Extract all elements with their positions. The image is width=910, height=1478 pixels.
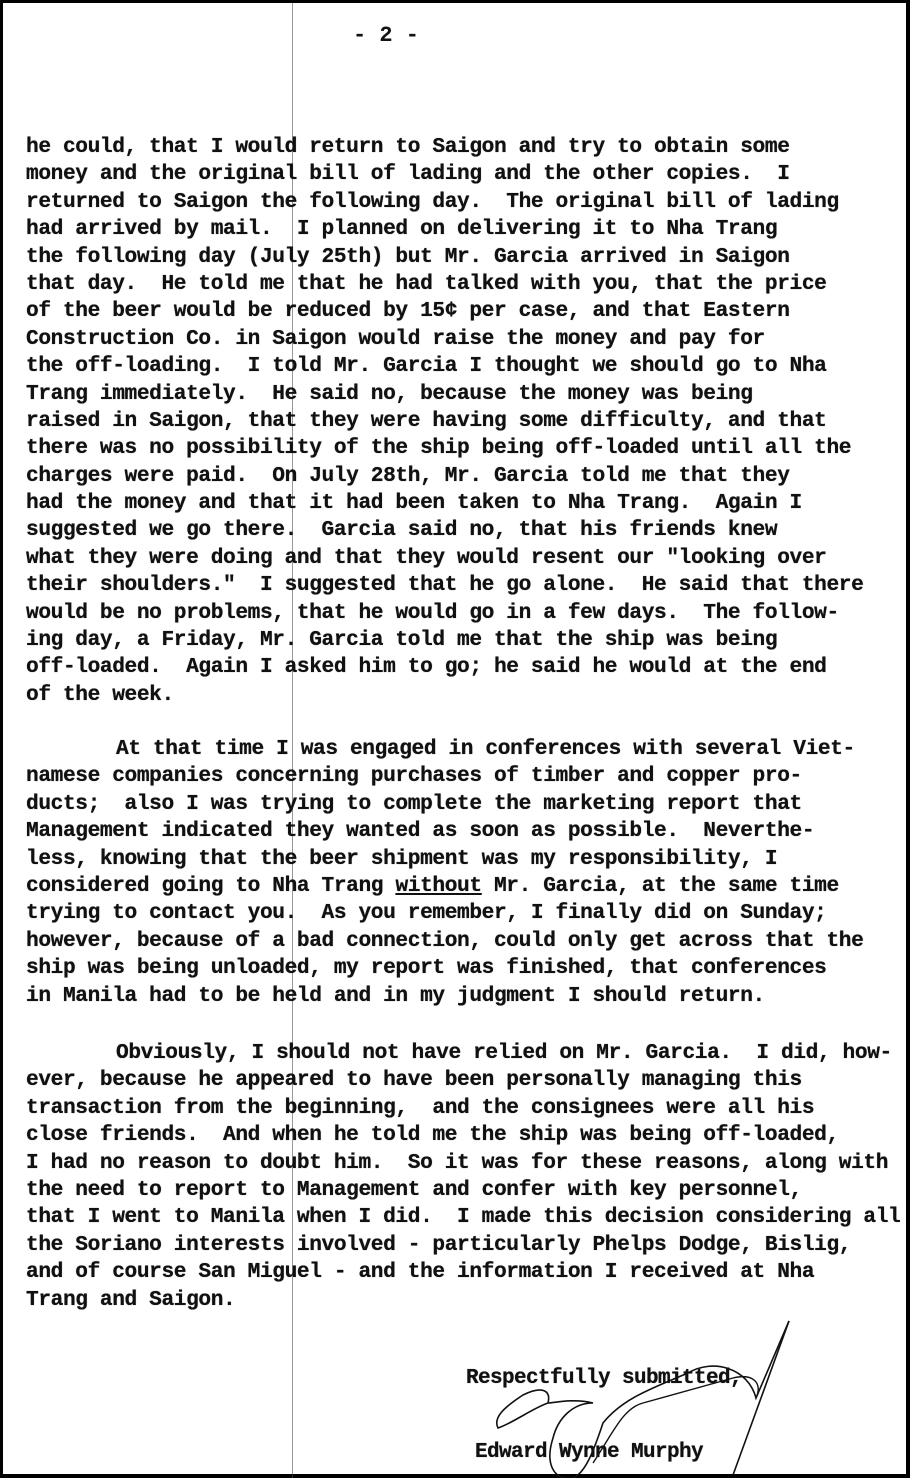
text-line: returned to Saigon the following day. Th…: [26, 189, 896, 216]
underlined-word: without: [395, 874, 481, 898]
text-line: close friends. And when he told me the s…: [26, 1122, 896, 1149]
paragraph-1: he could, that I would return to Saigon …: [26, 134, 896, 709]
text-line: trying to contact you. As you remember, …: [26, 900, 896, 927]
text-line: there was no possibility of the ship bei…: [26, 435, 896, 462]
text-line: I had no reason to doubt him. So it was …: [26, 1150, 896, 1177]
text-line: he could, that I would return to Saigon …: [26, 134, 896, 161]
document-page: - 2 - he could, that I would return to S…: [0, 0, 910, 1478]
text-line: their shoulders." I suggested that he go…: [26, 572, 896, 599]
text-line: raised in Saigon, that they were having …: [26, 408, 896, 435]
valediction: Respectfully submitted,: [466, 1367, 742, 1390]
text-line: what they were doing and that they would…: [26, 545, 896, 572]
text-line: and of course San Miguel - and the infor…: [26, 1259, 896, 1286]
paragraph-2: At that time I was engaged in conference…: [26, 736, 896, 1010]
page-number: - 2 -: [0, 23, 841, 48]
text-line: off-loaded. Again I asked him to go; he …: [26, 654, 896, 681]
text-line: money and the original bill of lading an…: [26, 161, 896, 188]
text-line: that I went to Manila when I did. I made…: [26, 1204, 896, 1231]
text-line: Trang immediately. He said no, because t…: [26, 381, 896, 408]
text-line: At that time I was engaged in conference…: [26, 736, 896, 763]
text-line: however, because of a bad connection, co…: [26, 928, 896, 955]
text-line: the Soriano interests involved - particu…: [26, 1232, 896, 1259]
text-line: the off-loading. I told Mr. Garcia I tho…: [26, 353, 896, 380]
text-line: in Manila had to be held and in my judgm…: [26, 983, 896, 1010]
text-line: considered going to Nha Trang without Mr…: [26, 873, 896, 900]
text-line: namese companies concerning purchases of…: [26, 763, 896, 790]
text-line: the need to report to Management and con…: [26, 1177, 896, 1204]
text-line: would be no problems, that he would go i…: [26, 600, 896, 627]
text-line: Construction Co. in Saigon would raise t…: [26, 326, 896, 353]
text-line: transaction from the beginning, and the …: [26, 1095, 896, 1122]
text-line: had the money and that it had been taken…: [26, 490, 896, 517]
text-line: suggested we go there. Garcia said no, t…: [26, 517, 896, 544]
text-line: Management indicated they wanted as soon…: [26, 818, 896, 845]
paragraph-3: Obviously, I should not have relied on M…: [26, 1040, 896, 1314]
text-line: had arrived by mail. I planned on delive…: [26, 216, 896, 243]
text-line: ducts; also I was trying to complete the…: [26, 791, 896, 818]
text-line: of the week.: [26, 682, 896, 709]
text-line: the following day (July 25th) but Mr. Ga…: [26, 244, 896, 271]
text-line: ever, because he appeared to have been p…: [26, 1067, 896, 1094]
text-line: ship was being unloaded, my report was f…: [26, 955, 896, 982]
text-line: less, knowing that the beer shipment was…: [26, 846, 896, 873]
text-line: that day. He told me that he had talked …: [26, 271, 896, 298]
text-line: of the beer would be reduced by 15¢ per …: [26, 298, 896, 325]
text-line: charges were paid. On July 28th, Mr. Gar…: [26, 463, 896, 490]
text-line: Obviously, I should not have relied on M…: [26, 1040, 896, 1067]
signer-name: Edward Wynne Murphy: [475, 1441, 703, 1464]
text-line: ing day, a Friday, Mr. Garcia told me th…: [26, 627, 896, 654]
